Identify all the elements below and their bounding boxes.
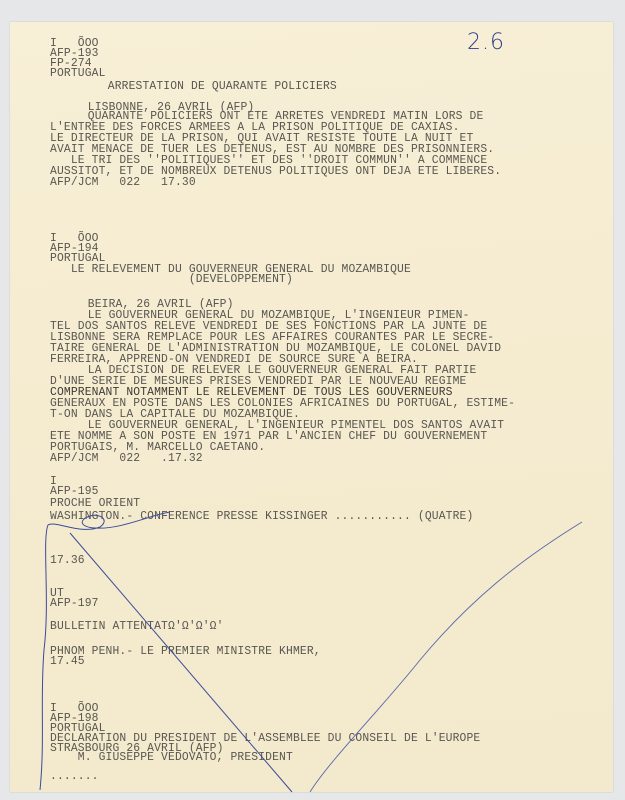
sign-off: 17.36 [50, 554, 85, 566]
dispatch-number: AFP-197 [50, 597, 99, 609]
dispatch-region: PROCHE ORIENT [50, 497, 140, 509]
body-line: M. GIUSEPPE VEDOVATO, PRESIDENT [50, 751, 293, 763]
dispatch-headline: ARRESTATION DE QUARANTE POLICIERS [80, 80, 337, 92]
dispatch-region: PORTUGAL [50, 67, 106, 79]
sign-off: 17.45 [50, 655, 85, 667]
sign-off: AFP/JCM 022 .17.32 [50, 452, 203, 464]
handwritten-page-number: 2.6 [467, 30, 505, 55]
body-line: PHNOM PENH.- LE PREMIER MINISTRE KHMER, [50, 645, 321, 657]
sign-off: AFP/JCM 022 17.30 [50, 176, 196, 188]
dispatch-subheadline: (DEVELOPPEMENT) [50, 273, 293, 285]
dispatch-headline: BULLETIN ATTENTATΩ'Ω'Ω'Ω' [50, 620, 224, 632]
dispatch-headline: WASHINGTON.- CONFERENCE PRESSE KISSINGER… [50, 510, 473, 522]
continuation-dots: ....... [50, 770, 99, 782]
